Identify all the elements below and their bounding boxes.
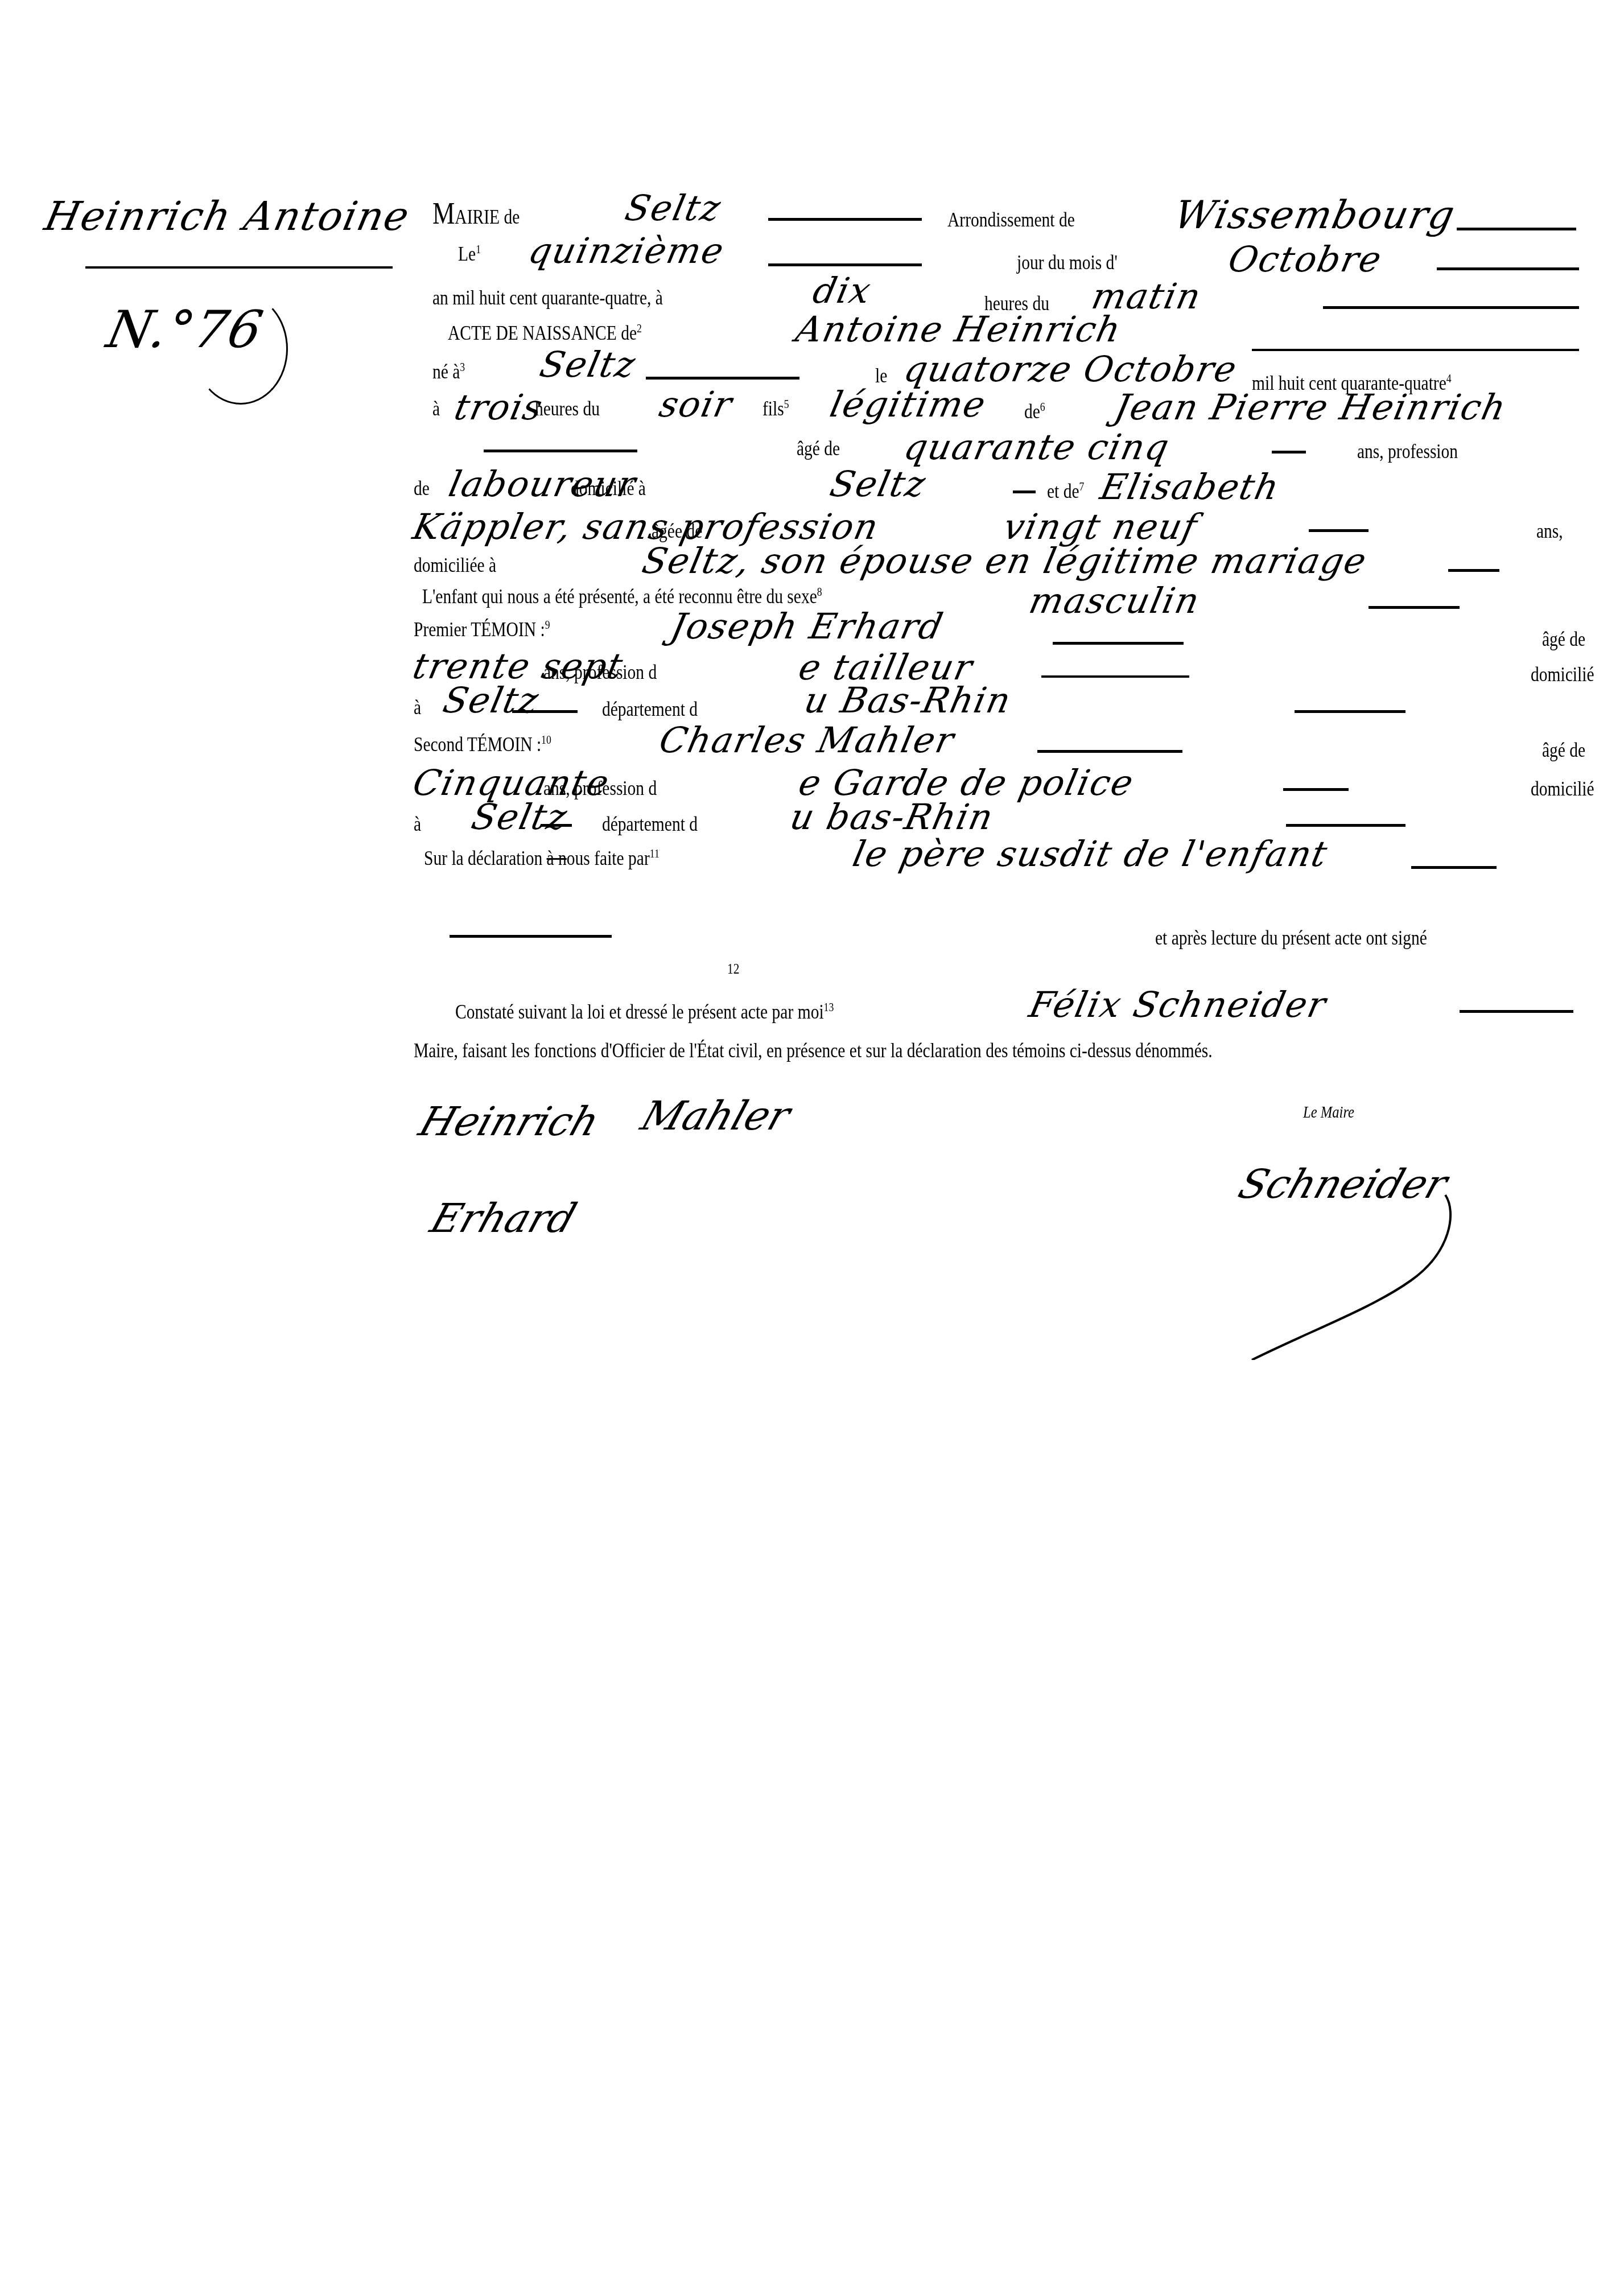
- le-label-2: le: [875, 365, 887, 386]
- number-circle: [193, 293, 288, 405]
- born-label: né à3: [432, 361, 465, 382]
- margin-rule: [85, 266, 393, 269]
- rule: [1295, 710, 1405, 713]
- mother-domicile: Seltz, son épouse en légitime mariage: [639, 543, 1370, 579]
- witness2-age-label: âgé de: [1542, 740, 1585, 760]
- witness2-department: u bas-Rhin: [787, 799, 997, 835]
- rule: [1041, 675, 1189, 678]
- arrondissement-label: Arrondissement de: [947, 209, 1075, 230]
- de-label: de6: [1024, 401, 1045, 422]
- father-name: Jean Pierre Heinrich: [1111, 390, 1510, 425]
- witness1-label: Premier TÉMOIN :9: [414, 619, 550, 640]
- witness1-domicile-label: domicilié: [1531, 664, 1594, 685]
- father-age-label: âgé de: [797, 438, 840, 459]
- birth-hour: trois: [451, 390, 546, 425]
- margin-name: Heinrich Antoine: [42, 196, 414, 236]
- lecture-text: et après lecture du présent acte ont sig…: [1155, 928, 1427, 948]
- child-name: Antoine Heinrich: [793, 312, 1124, 347]
- rule: [484, 450, 637, 452]
- rule: [768, 218, 922, 221]
- rule: [1013, 490, 1036, 493]
- mother-age-label: âgée de: [652, 521, 702, 541]
- rule: [1286, 824, 1405, 827]
- a-label: à: [432, 398, 440, 419]
- mother-surname: Käppler, sans profession: [410, 509, 882, 545]
- declaration-value: le père susdit de l'enfant: [850, 836, 1331, 872]
- mairie-label: MAIRIE de: [432, 198, 520, 229]
- mother-ans: ans,: [1536, 521, 1563, 541]
- rule: [646, 377, 799, 380]
- witness1-department-label: département d: [602, 699, 698, 719]
- witness2-profession: e Garde de police: [795, 765, 1137, 801]
- rule: [1272, 451, 1306, 454]
- acte-title: ACTE DE NAISSANCE de2: [448, 323, 642, 343]
- et-de-label: et de7: [1047, 481, 1084, 501]
- rule: [1283, 788, 1349, 791]
- witness1-profession-label: ans, profession d: [543, 662, 657, 682]
- mother-age-value: vingt neuf: [1000, 509, 1201, 545]
- rule: [1323, 306, 1579, 309]
- rule: [512, 710, 578, 713]
- witness2-name: Charles Mahler: [656, 723, 958, 758]
- rule: [1037, 750, 1182, 753]
- rule: [1448, 569, 1499, 572]
- maire-flourish: [1240, 1189, 1468, 1360]
- birth-period: soir: [656, 387, 736, 422]
- year-text: an mil huit cent quarante-quatre, à: [432, 287, 663, 308]
- rule: [1411, 866, 1497, 869]
- month-label: jour du mois d': [1017, 252, 1118, 273]
- day-value: quinzième: [525, 233, 727, 269]
- rule: [1437, 267, 1579, 270]
- father-age-value: quarante cinq: [901, 430, 1173, 465]
- constate-label: Constaté suivant la loi et dressé le pré…: [455, 1001, 834, 1022]
- witness2-profession-label: ans, profession d: [543, 778, 657, 798]
- witness2-label: Second TÉMOIN :10: [414, 734, 551, 755]
- arrondissement-value: Wissembourg: [1171, 196, 1459, 235]
- rule: [1460, 1010, 1573, 1013]
- born-place: Seltz: [537, 347, 639, 382]
- witness2-domicile: Seltz: [468, 799, 571, 835]
- father-domicile: Seltz: [827, 467, 929, 502]
- signature-father: Heinrich: [414, 1098, 605, 1145]
- mother-domicile-label: domiciliée à: [414, 555, 496, 575]
- witness1-age-label: âgé de: [1542, 629, 1585, 649]
- declaration-label: Sur la déclaration à nous faite par11: [424, 848, 660, 868]
- signatories-rule: [450, 935, 612, 938]
- maire-text: Maire, faisant les fonctions d'Officier …: [414, 1040, 1213, 1061]
- rule: [768, 263, 922, 266]
- ans-profession: ans, profession: [1357, 441, 1458, 461]
- signature-witness1: Erhard: [425, 1195, 582, 1242]
- le-label: Le1: [458, 244, 481, 264]
- witness2-a-label: à: [414, 814, 421, 834]
- sex-label: L'enfant qui nous a été présenté, a été …: [422, 586, 822, 607]
- month-value: Octobre: [1225, 242, 1385, 277]
- rule: [1369, 606, 1460, 609]
- sex-value: masculin: [1026, 583, 1203, 619]
- witness1-department: u Bas-Rhin: [801, 683, 1014, 718]
- fils-label: fils5: [762, 398, 789, 419]
- domicile-label: domicilié à: [571, 478, 646, 498]
- witness1-name: Joseph Erhard: [667, 609, 946, 644]
- de-prefix: de: [414, 478, 430, 498]
- note-12: 12: [727, 962, 739, 976]
- officer-name: Félix Schneider: [1026, 987, 1329, 1023]
- maire-label: Le Maire: [1303, 1104, 1354, 1121]
- hour-value: dix: [810, 273, 875, 308]
- rule: [1309, 529, 1369, 532]
- signature-witness2: Mahler: [636, 1093, 796, 1139]
- legitimacy: légitime: [827, 387, 989, 422]
- heures-du: heures du: [535, 398, 600, 419]
- mother-first-name: Elisabeth: [1097, 469, 1283, 505]
- rule: [541, 824, 572, 827]
- mairie-value: Seltz: [622, 191, 724, 226]
- birth-date: quatorze Octobre: [901, 352, 1240, 387]
- witness2-department-label: département d: [602, 814, 698, 834]
- rule: [1252, 349, 1579, 351]
- witness2-domicile-label: domicilié: [1531, 778, 1594, 799]
- rule: [1457, 228, 1576, 230]
- witness1-a-label: à: [414, 697, 421, 718]
- rule: [1053, 642, 1184, 645]
